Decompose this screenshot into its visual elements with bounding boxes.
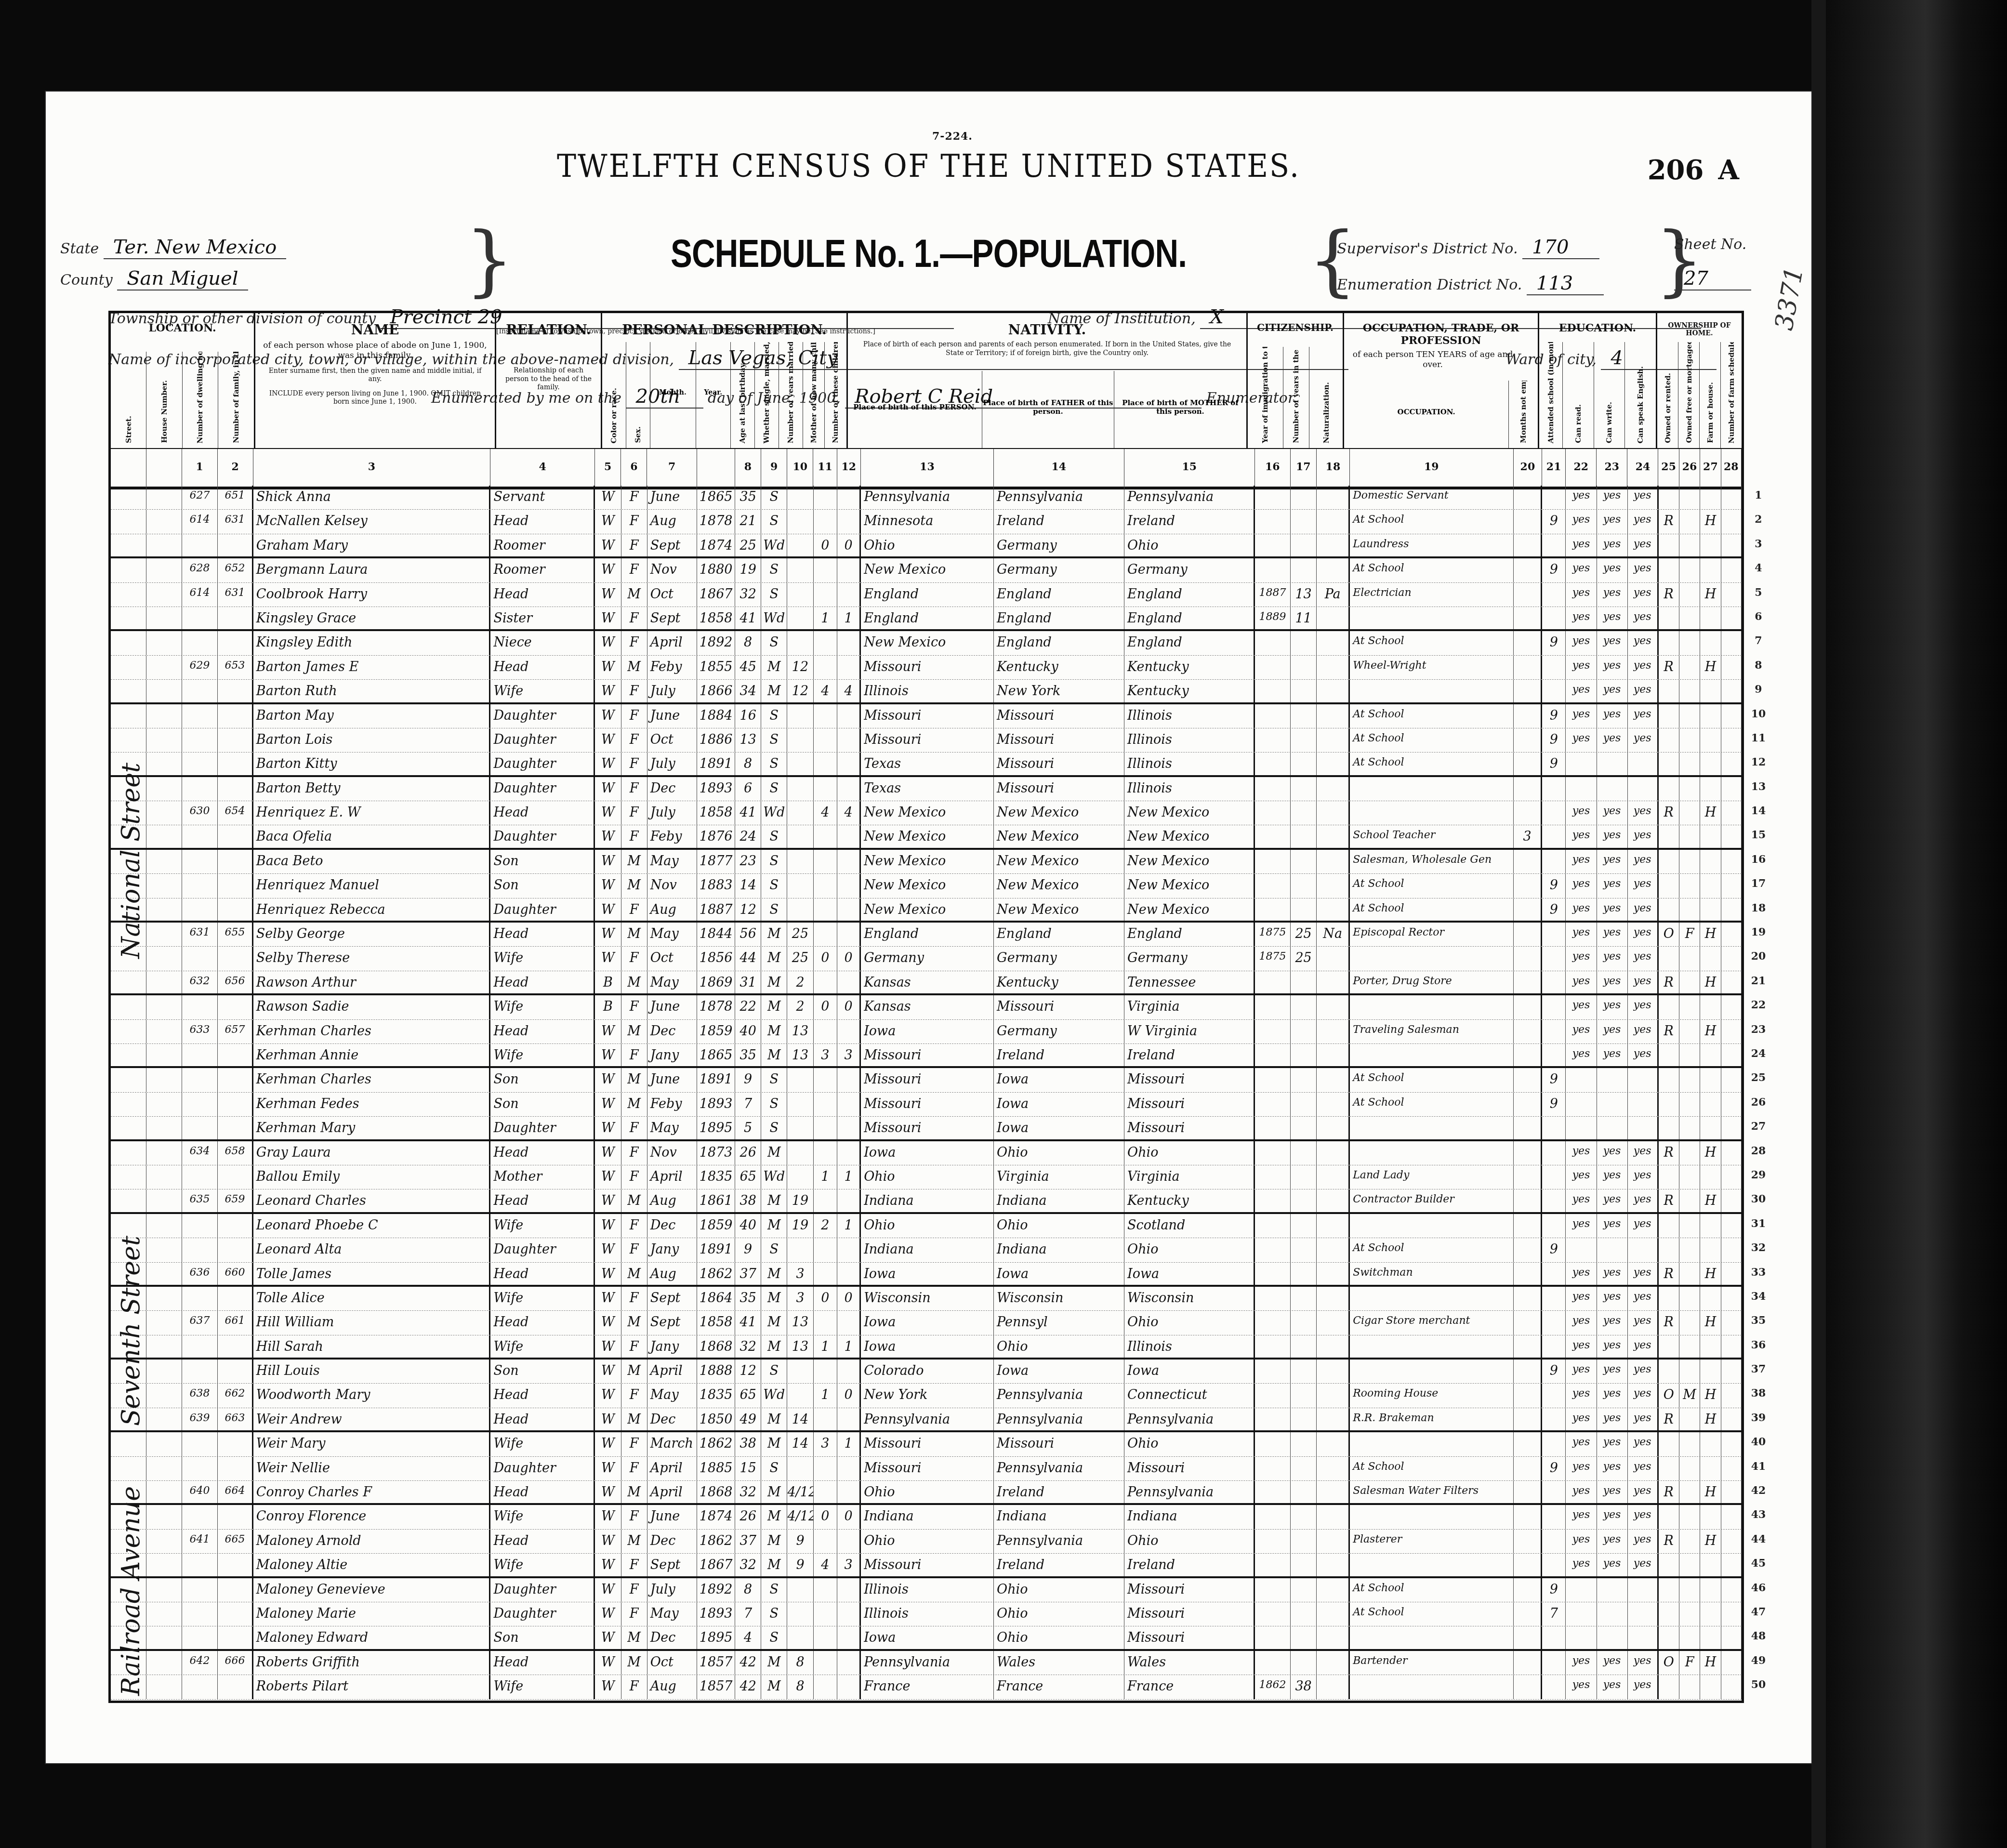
- cell-free: [1679, 801, 1700, 825]
- cell-write: yes: [1597, 1505, 1628, 1529]
- cell-month: Oct: [647, 583, 698, 607]
- cell-sex: M: [621, 1020, 647, 1043]
- cell-year: 1850: [697, 1408, 735, 1430]
- cell-moc: [814, 1578, 837, 1602]
- cell-name: Tolle Alice: [253, 1287, 491, 1310]
- cell-imm: [1255, 534, 1291, 556]
- cell-free: [1679, 1554, 1700, 1576]
- cell-name: Rawson Arthur: [253, 971, 491, 993]
- table-row: Barton LoisDaughterWFOct188613SMissouriM…: [111, 728, 1742, 752]
- cell-moc: 0: [814, 534, 837, 556]
- cell-eng: yes: [1628, 1263, 1659, 1285]
- cell-occ: [1350, 777, 1514, 801]
- cell-name: Kerhman Mary: [253, 1117, 491, 1139]
- cell-pob: Missouri: [861, 1457, 994, 1480]
- cell-year: 1888: [697, 1360, 735, 1383]
- cell-eng: yes: [1628, 1311, 1659, 1334]
- cell-marital: M: [761, 656, 787, 679]
- cell-family: [218, 874, 253, 898]
- cell-sch: [1542, 1287, 1566, 1310]
- cell-farm: [1700, 1287, 1721, 1310]
- cell-month: Oct: [647, 947, 698, 970]
- cell-fs: [1721, 1530, 1742, 1553]
- cell-name: Graham Mary: [253, 534, 491, 556]
- line-number: 3: [1744, 532, 1773, 556]
- cell-color: W: [595, 1602, 621, 1626]
- cell-marital: M: [761, 1044, 787, 1066]
- cell-pob-f: Ireland: [994, 1044, 1124, 1066]
- cell-fs: [1721, 1020, 1742, 1043]
- cell-imm: [1255, 1214, 1291, 1238]
- cell-sex: F: [621, 631, 647, 655]
- cell-blank: [146, 631, 182, 655]
- cell-age: 19: [735, 558, 761, 582]
- cell-pob: Wisconsin: [861, 1287, 994, 1310]
- cell-year: 1885: [697, 1457, 735, 1480]
- ownership-header: OWNERSHIP OF HOME. Owned or rented. Owne…: [1657, 313, 1742, 448]
- cell-read: [1566, 752, 1597, 775]
- cell-sex: M: [621, 1360, 647, 1383]
- cell-pob: Missouri: [861, 656, 994, 679]
- cell-year: 1893: [697, 777, 735, 801]
- cell-yrs: 25: [1291, 923, 1317, 946]
- cell-pob-f: Ohio: [994, 1602, 1124, 1626]
- line-number: 27: [1744, 1114, 1773, 1138]
- column-number: [111, 449, 146, 487]
- cell-age: 32: [735, 1481, 761, 1503]
- cell-write: yes: [1597, 1481, 1628, 1503]
- cell-relation: Son: [490, 1093, 595, 1116]
- cell-occ: At School: [1350, 752, 1514, 775]
- cell-imm: [1255, 1189, 1291, 1212]
- cell-marital: S: [761, 777, 787, 801]
- cell-mu: [1514, 728, 1542, 752]
- cell-sch: 9: [1542, 510, 1566, 533]
- cell-blank: [146, 995, 182, 1019]
- line-number: 22: [1744, 993, 1773, 1017]
- cell-nat: [1317, 995, 1350, 1019]
- cell-month: Sept: [647, 607, 698, 629]
- cell-marital: S: [761, 850, 787, 873]
- cell-family: 631: [218, 510, 253, 533]
- cell-write: yes: [1597, 631, 1628, 655]
- cell-marital: S: [761, 1360, 787, 1383]
- cell-name: Henriquez Rebecca: [253, 898, 491, 921]
- cell-nat: [1317, 1457, 1350, 1480]
- cell-year: 1895: [697, 1117, 735, 1139]
- cell-sch: [1542, 1530, 1566, 1553]
- cell-read: yes: [1566, 486, 1597, 509]
- cell-nat: [1317, 777, 1350, 801]
- cell-year: 1858: [697, 607, 735, 629]
- cell-relation: Wife: [490, 1287, 595, 1310]
- cell-color: W: [595, 752, 621, 775]
- cell-ym: [787, 1602, 813, 1626]
- cell-blank: [111, 995, 146, 1019]
- cell-relation: Head: [490, 923, 595, 946]
- cell-eng: yes: [1628, 607, 1659, 629]
- cell-pob: New Mexico: [861, 825, 994, 847]
- cell-yrs: [1291, 1141, 1317, 1165]
- cell-family: [218, 1117, 253, 1139]
- cell-imm: [1255, 1141, 1291, 1165]
- cell-write: yes: [1597, 1384, 1628, 1407]
- cell-dwelling: 631: [182, 923, 218, 946]
- cell-name: Ballou Emily: [253, 1165, 491, 1189]
- cell-name: Leonard Alta: [253, 1238, 491, 1262]
- cell-ym: 14: [787, 1408, 813, 1430]
- cell-sex: F: [621, 1287, 647, 1310]
- cell-occ: Salesman Water Filters: [1350, 1481, 1514, 1503]
- cell-farm: [1700, 995, 1721, 1019]
- cell-sch: [1542, 1554, 1566, 1576]
- cell-sch: [1542, 1505, 1566, 1529]
- cell-free: [1679, 680, 1700, 702]
- cell-read: yes: [1566, 1457, 1597, 1480]
- cell-age: 4: [735, 1626, 761, 1649]
- cell-write: yes: [1597, 1675, 1628, 1699]
- cell-imm: [1255, 1408, 1291, 1430]
- cell-eng: yes: [1628, 1165, 1659, 1189]
- cell-occ: [1350, 1432, 1514, 1456]
- form-code: 7-224.: [932, 130, 973, 143]
- line-number: 18: [1744, 896, 1773, 920]
- cell-mu: [1514, 1117, 1542, 1139]
- cell-sch: 9: [1542, 704, 1566, 728]
- cell-moc: 0: [814, 1287, 837, 1310]
- cell-farm: [1700, 1432, 1721, 1456]
- cell-own: [1659, 1675, 1679, 1699]
- cell-imm: [1255, 1505, 1291, 1529]
- cell-pob: Ohio: [861, 1165, 994, 1189]
- cell-pob-f: Ireland: [994, 510, 1124, 533]
- cell-month: July: [647, 1578, 698, 1602]
- cell-eng: [1628, 1602, 1659, 1626]
- cell-year: 1856: [697, 947, 735, 970]
- cell-pob: New Mexico: [861, 850, 994, 873]
- table-row: 634658Gray LauraHeadWFNov187326MIowaOhio…: [111, 1141, 1742, 1165]
- cell-color: W: [595, 1214, 621, 1238]
- cell-pob: Missouri: [861, 728, 994, 752]
- cell-sch: [1542, 1675, 1566, 1699]
- cell-imm: [1255, 1287, 1291, 1310]
- cell-imm: [1255, 995, 1291, 1019]
- cell-relation: Wife: [490, 1214, 595, 1238]
- cell-write: [1597, 1602, 1628, 1626]
- cell-relation: Daughter: [490, 1602, 595, 1626]
- cell-pob-f: Iowa: [994, 1360, 1124, 1383]
- cell-blank: [146, 874, 182, 898]
- cell-imm: [1255, 486, 1291, 509]
- binding-edge: [1811, 0, 1826, 1848]
- cell-family: 665: [218, 1530, 253, 1553]
- cell-occ: Episcopal Rector: [1350, 923, 1514, 946]
- cell-eng: yes: [1628, 1214, 1659, 1238]
- cell-write: yes: [1597, 1044, 1628, 1066]
- cell-write: yes: [1597, 874, 1628, 898]
- table-row: 628652Bergmann LauraRoomerWFNov188019SNe…: [111, 558, 1742, 582]
- cell-mu: [1514, 704, 1542, 728]
- cell-farm: [1700, 1238, 1721, 1262]
- cell-sex: F: [621, 510, 647, 533]
- cell-fs: [1721, 801, 1742, 825]
- cell-blank: [146, 534, 182, 556]
- cell-eng: yes: [1628, 631, 1659, 655]
- cell-dwelling: 634: [182, 1141, 218, 1165]
- line-number: 5: [1744, 581, 1773, 605]
- cell-name: Hill Sarah: [253, 1335, 491, 1358]
- cell-pob-m: Indiana: [1124, 1505, 1255, 1529]
- line-number: 25: [1744, 1066, 1773, 1090]
- cell-relation: Mother: [490, 1165, 595, 1189]
- cell-blank: [146, 1530, 182, 1553]
- cell-pob-m: Scotland: [1124, 1214, 1255, 1238]
- cell-own: [1659, 1117, 1679, 1139]
- cell-pob-m: W Virginia: [1124, 1020, 1255, 1043]
- cell-read: yes: [1566, 1505, 1597, 1529]
- cell-family: 654: [218, 801, 253, 825]
- cell-color: W: [595, 1626, 621, 1649]
- cell-dwelling: [182, 995, 218, 1019]
- cell-occ: At School: [1350, 1457, 1514, 1480]
- cell-pob-m: Iowa: [1124, 1360, 1255, 1383]
- cell-own: R: [1659, 583, 1679, 607]
- cell-eng: [1628, 1626, 1659, 1649]
- cell-age: 37: [735, 1530, 761, 1553]
- cell-marital: S: [761, 1626, 787, 1649]
- cell-dwelling: [182, 1165, 218, 1189]
- cell-mu: [1514, 486, 1542, 509]
- cell-marital: M: [761, 1432, 787, 1456]
- cell-own: O: [1659, 923, 1679, 946]
- cell-blank: [146, 923, 182, 946]
- cell-marital: S: [761, 1457, 787, 1480]
- cell-family: 658: [218, 1141, 253, 1165]
- cell-age: 26: [735, 1141, 761, 1165]
- cell-occ: Domestic Servant: [1350, 486, 1514, 509]
- cell-nat: [1317, 850, 1350, 873]
- cell-pob-f: Kentucky: [994, 971, 1124, 993]
- cell-read: yes: [1566, 1554, 1597, 1576]
- cell-pob: Iowa: [861, 1263, 994, 1285]
- cell-farm: H: [1700, 1384, 1721, 1407]
- cell-eng: [1628, 1068, 1659, 1092]
- cell-relation: Son: [490, 850, 595, 873]
- cell-blank: [146, 1117, 182, 1139]
- cell-ym: 2: [787, 995, 813, 1019]
- cell-fs: [1721, 1311, 1742, 1334]
- cell-marital: M: [761, 971, 787, 993]
- cell-blank: [146, 1651, 182, 1675]
- cell-cl: [837, 850, 861, 873]
- cell-farm: [1700, 680, 1721, 702]
- cell-imm: [1255, 1044, 1291, 1066]
- cell-pob-f: Missouri: [994, 1432, 1124, 1456]
- cell-moc: [814, 1360, 837, 1383]
- cell-own: [1659, 1432, 1679, 1456]
- cell-yrs: [1291, 1578, 1317, 1602]
- cell-sex: M: [621, 874, 647, 898]
- cell-mu: [1514, 1457, 1542, 1480]
- cell-read: yes: [1566, 898, 1597, 921]
- cell-moc: [814, 1238, 837, 1262]
- cell-dwelling: [182, 631, 218, 655]
- cell-nat: [1317, 874, 1350, 898]
- cell-pob-f: Pennsylvania: [994, 1530, 1124, 1553]
- cell-eng: yes: [1628, 1141, 1659, 1165]
- cell-farm: [1700, 1554, 1721, 1576]
- cell-month: Nov: [647, 558, 698, 582]
- cell-pob-f: Pennsylvania: [994, 486, 1124, 509]
- line-number: 23: [1744, 1017, 1773, 1042]
- cell-write: yes: [1597, 850, 1628, 873]
- line-number: 14: [1744, 799, 1773, 823]
- table-row: 627651Shick AnnaServantWFJune186535SPenn…: [111, 486, 1742, 510]
- cell-fs: [1721, 1457, 1742, 1480]
- cell-blank: [111, 680, 146, 702]
- cell-color: W: [595, 656, 621, 679]
- cell-color: W: [595, 801, 621, 825]
- cell-cl: [837, 1068, 861, 1092]
- cell-occ: Wheel-Wright: [1350, 656, 1514, 679]
- cell-blank: [111, 728, 146, 752]
- cell-free: [1679, 1165, 1700, 1189]
- cell-sex: F: [621, 1505, 647, 1529]
- cell-family: [218, 850, 253, 873]
- cell-imm: [1255, 971, 1291, 993]
- cell-pob-m: Missouri: [1124, 1602, 1255, 1626]
- table-row: Maloney EdwardSonWMDec18954SIowaOhioMiss…: [111, 1626, 1742, 1650]
- cell-fs: [1721, 1626, 1742, 1649]
- table-row: Graham MaryRoomerWFSept187425Wd00OhioGer…: [111, 534, 1742, 558]
- cell-own: [1659, 1238, 1679, 1262]
- cell-occ: At School: [1350, 1578, 1514, 1602]
- cell-moc: [814, 971, 837, 993]
- cell-color: W: [595, 558, 621, 582]
- cell-imm: [1255, 1238, 1291, 1262]
- cell-year: 1868: [697, 1481, 735, 1503]
- cell-imm: [1255, 777, 1291, 801]
- cell-cl: [837, 510, 861, 533]
- cell-dwelling: [182, 1068, 218, 1092]
- cell-yrs: [1291, 1335, 1317, 1358]
- cell-marital: Wd: [761, 607, 787, 629]
- cell-ym: [787, 1238, 813, 1262]
- line-number: 28: [1744, 1139, 1773, 1163]
- cell-year: 1883: [697, 874, 735, 898]
- cell-moc: 3: [814, 1044, 837, 1066]
- table-row: Barton MayDaughterWFJune188416SMissouriM…: [111, 704, 1742, 728]
- cell-family: [218, 1578, 253, 1602]
- cell-write: [1597, 1068, 1628, 1092]
- line-number: 39: [1744, 1406, 1773, 1430]
- cell-marital: S: [761, 1068, 787, 1092]
- cell-name: Bergmann Laura: [253, 558, 491, 582]
- cell-read: [1566, 1238, 1597, 1262]
- cell-marital: M: [761, 1263, 787, 1285]
- cell-year: 1886: [697, 728, 735, 752]
- cell-farm: H: [1700, 1189, 1721, 1212]
- cell-occ: [1350, 1287, 1514, 1310]
- cell-dwelling: [182, 1602, 218, 1626]
- cell-fs: [1721, 1432, 1742, 1456]
- cell-moc: [814, 850, 837, 873]
- cell-pob: Ohio: [861, 534, 994, 556]
- cell-blank: [111, 1189, 146, 1212]
- cell-yrs: [1291, 1093, 1317, 1116]
- cell-pob: New Mexico: [861, 801, 994, 825]
- cell-pob: Iowa: [861, 1141, 994, 1165]
- cell-mu: [1514, 1554, 1542, 1576]
- cell-month: Aug: [647, 898, 698, 921]
- cell-free: [1679, 1117, 1700, 1139]
- cell-pob: Colorado: [861, 1360, 994, 1383]
- cell-blank: [146, 1214, 182, 1238]
- table-row: Leonard Phoebe CWifeWFDec185940M1921Ohio…: [111, 1214, 1742, 1238]
- cell-blank: [111, 704, 146, 728]
- column-number: 21: [1542, 449, 1566, 487]
- cell-blank: [146, 1287, 182, 1310]
- cell-moc: 4: [814, 1554, 837, 1576]
- cell-read: yes: [1566, 1044, 1597, 1066]
- cell-cl: [837, 971, 861, 993]
- cell-ym: [787, 874, 813, 898]
- occupation-header: OCCUPATION, TRADE, OR PROFESSION of each…: [1344, 313, 1539, 448]
- cell-relation: Son: [490, 874, 595, 898]
- cell-moc: 0: [814, 947, 837, 970]
- cell-free: [1679, 1335, 1700, 1358]
- cell-year: 1859: [697, 1020, 735, 1043]
- cell-marital: M: [761, 1554, 787, 1576]
- column-number: 25: [1658, 449, 1679, 487]
- cell-cl: [837, 583, 861, 607]
- cell-name: Maloney Altie: [253, 1554, 491, 1576]
- cell-relation: Head: [490, 510, 595, 533]
- cell-yrs: [1291, 1626, 1317, 1649]
- cell-yrs: [1291, 631, 1317, 655]
- cell-marital: S: [761, 874, 787, 898]
- cell-fs: [1721, 1408, 1742, 1430]
- cell-sch: [1542, 1481, 1566, 1503]
- cell-eng: yes: [1628, 704, 1659, 728]
- cell-age: 35: [735, 486, 761, 509]
- cell-family: [218, 728, 253, 752]
- cell-blank: [146, 1432, 182, 1456]
- table-row: Conroy FlorenceWifeWFJune187426M4/1200In…: [111, 1505, 1742, 1529]
- cell-free: [1679, 704, 1700, 728]
- cell-sex: F: [621, 1554, 647, 1576]
- cell-ym: [787, 752, 813, 775]
- cell-marital: S: [761, 1117, 787, 1139]
- cell-own: R: [1659, 1141, 1679, 1165]
- cell-dwelling: [182, 874, 218, 898]
- cell-nat: [1317, 607, 1350, 629]
- cell-write: yes: [1597, 1165, 1628, 1189]
- cell-color: W: [595, 534, 621, 556]
- cell-color: W: [595, 1408, 621, 1430]
- cell-dwelling: [182, 825, 218, 847]
- cell-pob-m: Germany: [1124, 947, 1255, 970]
- cell-age: 8: [735, 752, 761, 775]
- cell-dwelling: [182, 777, 218, 801]
- cell-free: [1679, 510, 1700, 533]
- cell-farm: [1700, 752, 1721, 775]
- cell-mu: [1514, 1384, 1542, 1407]
- cell-pob-m: England: [1124, 583, 1255, 607]
- cell-pob: Kansas: [861, 995, 994, 1019]
- line-number: 30: [1744, 1187, 1773, 1211]
- cell-free: [1679, 1675, 1700, 1699]
